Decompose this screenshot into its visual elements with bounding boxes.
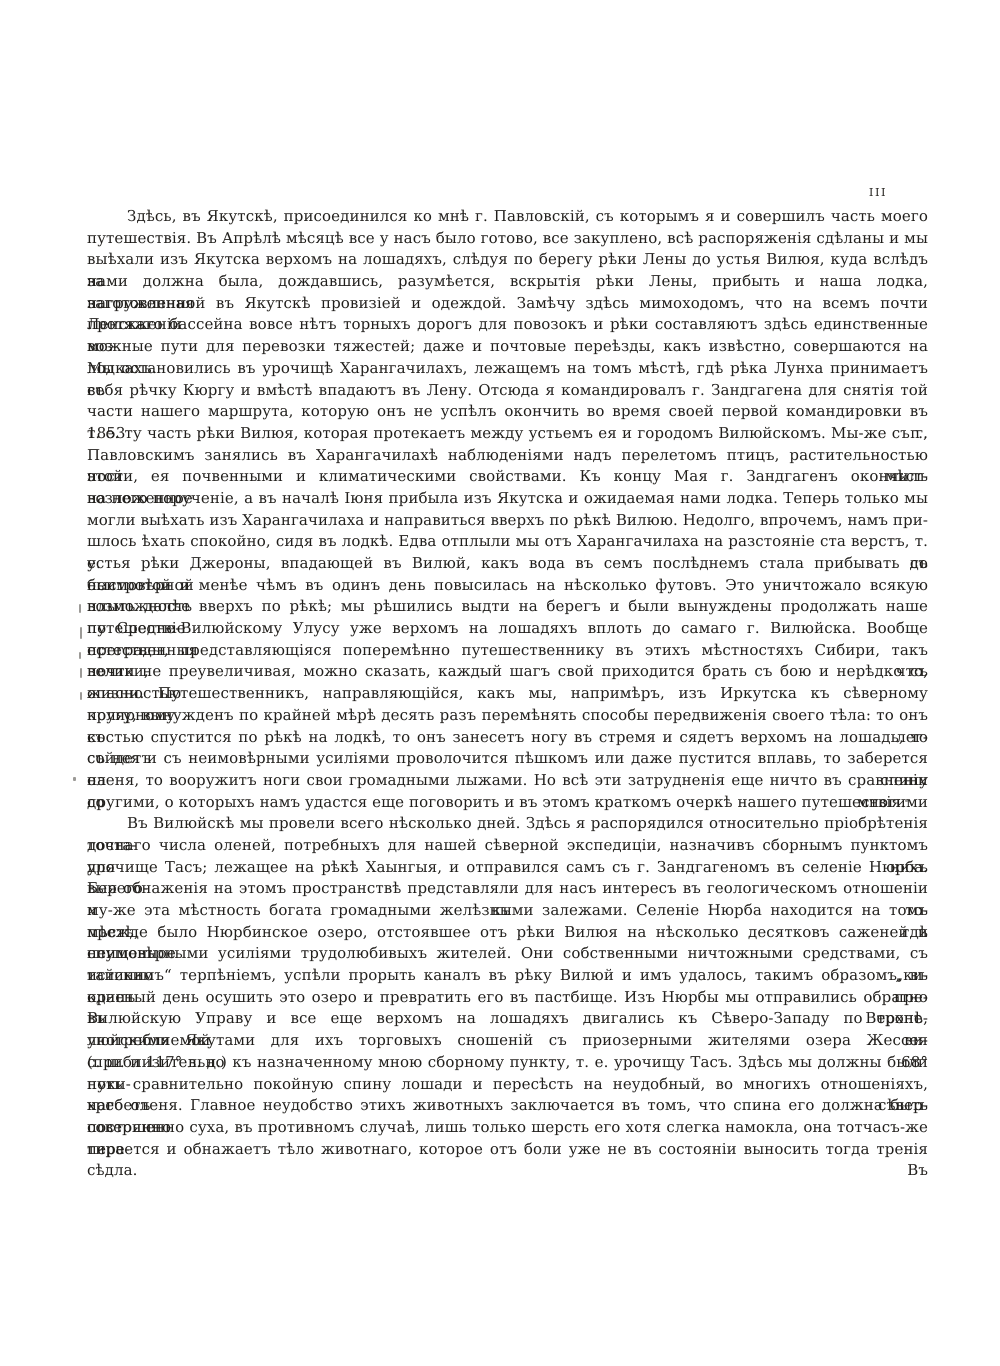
text-line: т. е. ту часть рѣки Вилюя, которая проте… bbox=[87, 423, 928, 445]
text-line: Ленскаго бассейна вовсе нѣтъ торныхъ дор… bbox=[87, 314, 928, 336]
text-line: жизни. Путешественникъ, направляющійся, … bbox=[87, 683, 928, 705]
text-line: выя обнаженія на этомъ пространствѣ пред… bbox=[87, 878, 928, 900]
text-line: нуть сравнительно покойную спину лошади … bbox=[87, 1074, 928, 1096]
scan-artifact bbox=[80, 627, 82, 639]
text-line: совершенно суха, въ противномъ случаѣ, л… bbox=[87, 1117, 928, 1139]
scan-artifact bbox=[80, 668, 82, 678]
text-line: тайскимъ“ терпѣніемъ, успѣли прорыть кан… bbox=[87, 965, 928, 987]
scan-artifact bbox=[80, 692, 82, 700]
text-line: прежде было Нюрбинское озеро, отстоявшее… bbox=[87, 922, 928, 944]
text-line: красный день осушить это озеро и преврат… bbox=[87, 987, 928, 1009]
text-line: оленя, то вооружитъ ноги свои громадными… bbox=[87, 770, 928, 792]
text-line: урочище Тасъ; лежащее на рѣкѣ Хаынгыя, и… bbox=[87, 857, 928, 879]
scan-artifact bbox=[73, 777, 76, 781]
text-line: Мы остановились въ урочищѣ Харангачилахъ… bbox=[87, 358, 928, 380]
page-number: III bbox=[843, 185, 913, 199]
scan-artifact bbox=[79, 604, 81, 613]
text-line: неимовѣрными усиліями трудолюбивыхъ жите… bbox=[87, 943, 928, 965]
text-line: с. ш. и 117° в. д.) къ назначенному мною… bbox=[87, 1052, 928, 1074]
text-line: ности, ея почвенными и климатическими св… bbox=[87, 466, 928, 488]
text-line: Въ Вилюйскѣ мы провели всего нѣсколько д… bbox=[87, 813, 928, 835]
text-line: Здѣсь, въ Якутскѣ, присоединился ко мнѣ … bbox=[87, 206, 928, 228]
text-line: наго оленя. Главное неудобство этихъ жив… bbox=[87, 1095, 928, 1117]
text-line: устья рѣки Джероны, впадающей въ Вилюй, … bbox=[87, 553, 928, 575]
text-line: шлось ѣхать спокойно, сидя въ лодкѣ. Едв… bbox=[87, 531, 928, 553]
text-line: части нашего маршрута, которую онъ не ус… bbox=[87, 401, 928, 423]
text-line: на него порученіе, а въ началѣ Іюня приб… bbox=[87, 488, 928, 510]
text-line: нами должна была, дождавшись, разумѣется… bbox=[87, 271, 928, 293]
text-line: точнаго числа оленей, потребныхъ для наш… bbox=[87, 835, 928, 857]
text-line: плыть далѣе вверхъ по рѣкѣ; мы рѣшились … bbox=[87, 596, 928, 618]
text-line: путешествія. Въ Апрѣлѣ мѣсяцѣ все у насъ… bbox=[87, 228, 928, 250]
text-line: почти не преувеличивая, можно сказать, к… bbox=[87, 661, 928, 683]
text-block: Здѣсь, въ Якутскѣ, присоединился ко мнѣ … bbox=[87, 206, 928, 1160]
scan-artifact bbox=[905, 799, 908, 802]
text-line: по Средне-Вилюйскому Улусу уже верхомъ н… bbox=[87, 618, 928, 640]
text-line: съ нея и съ неимовѣрными усиліями провол… bbox=[87, 748, 928, 770]
text-line: преграды, представляющіяся поперемѣнно п… bbox=[87, 640, 928, 662]
text-line: Павловскимъ занялись въ Харангачилахѣ на… bbox=[87, 445, 928, 467]
text-line: кругу, вынужденъ по крайней мѣрѣ десять … bbox=[87, 705, 928, 727]
text-line: другими, о которыхъ намъ удастся еще пог… bbox=[87, 792, 928, 814]
scan-artifact bbox=[79, 652, 81, 659]
text-line: могли выѣхать изъ Харангачилаха и направ… bbox=[87, 510, 928, 532]
text-line: люйскими Якутами для ихъ торговыхъ сноше… bbox=[87, 1030, 928, 1052]
text-line: тирается и обнажаетъ тѣло животнаго, кот… bbox=[87, 1139, 928, 1161]
text-line: себя рѣчку Кюргу и вмѣстѣ впадаютъ въ Ле… bbox=[87, 380, 928, 402]
text-line: быстротой и менѣе чѣмъ въ одинъ день пов… bbox=[87, 575, 928, 597]
text-line: можные пути для перевозки тяжестей; даже… bbox=[87, 336, 928, 358]
text-line: Вилюйскую Управу и все еще верхомъ на ло… bbox=[87, 1008, 928, 1030]
text-line: заготовленной въ Якутскѣ провизіей и оде… bbox=[87, 293, 928, 315]
text-line: костью спустится по рѣкѣ на лодкѣ, то он… bbox=[87, 727, 928, 749]
text-line: му-же эта мѣстность богата громадными же… bbox=[87, 900, 928, 922]
text-line: выѣхали изъ Якутска верхомъ на лошадяхъ,… bbox=[87, 249, 928, 271]
scanned-page: III Здѣсь, въ Якутскѣ, присоединился ко … bbox=[0, 0, 1000, 1366]
